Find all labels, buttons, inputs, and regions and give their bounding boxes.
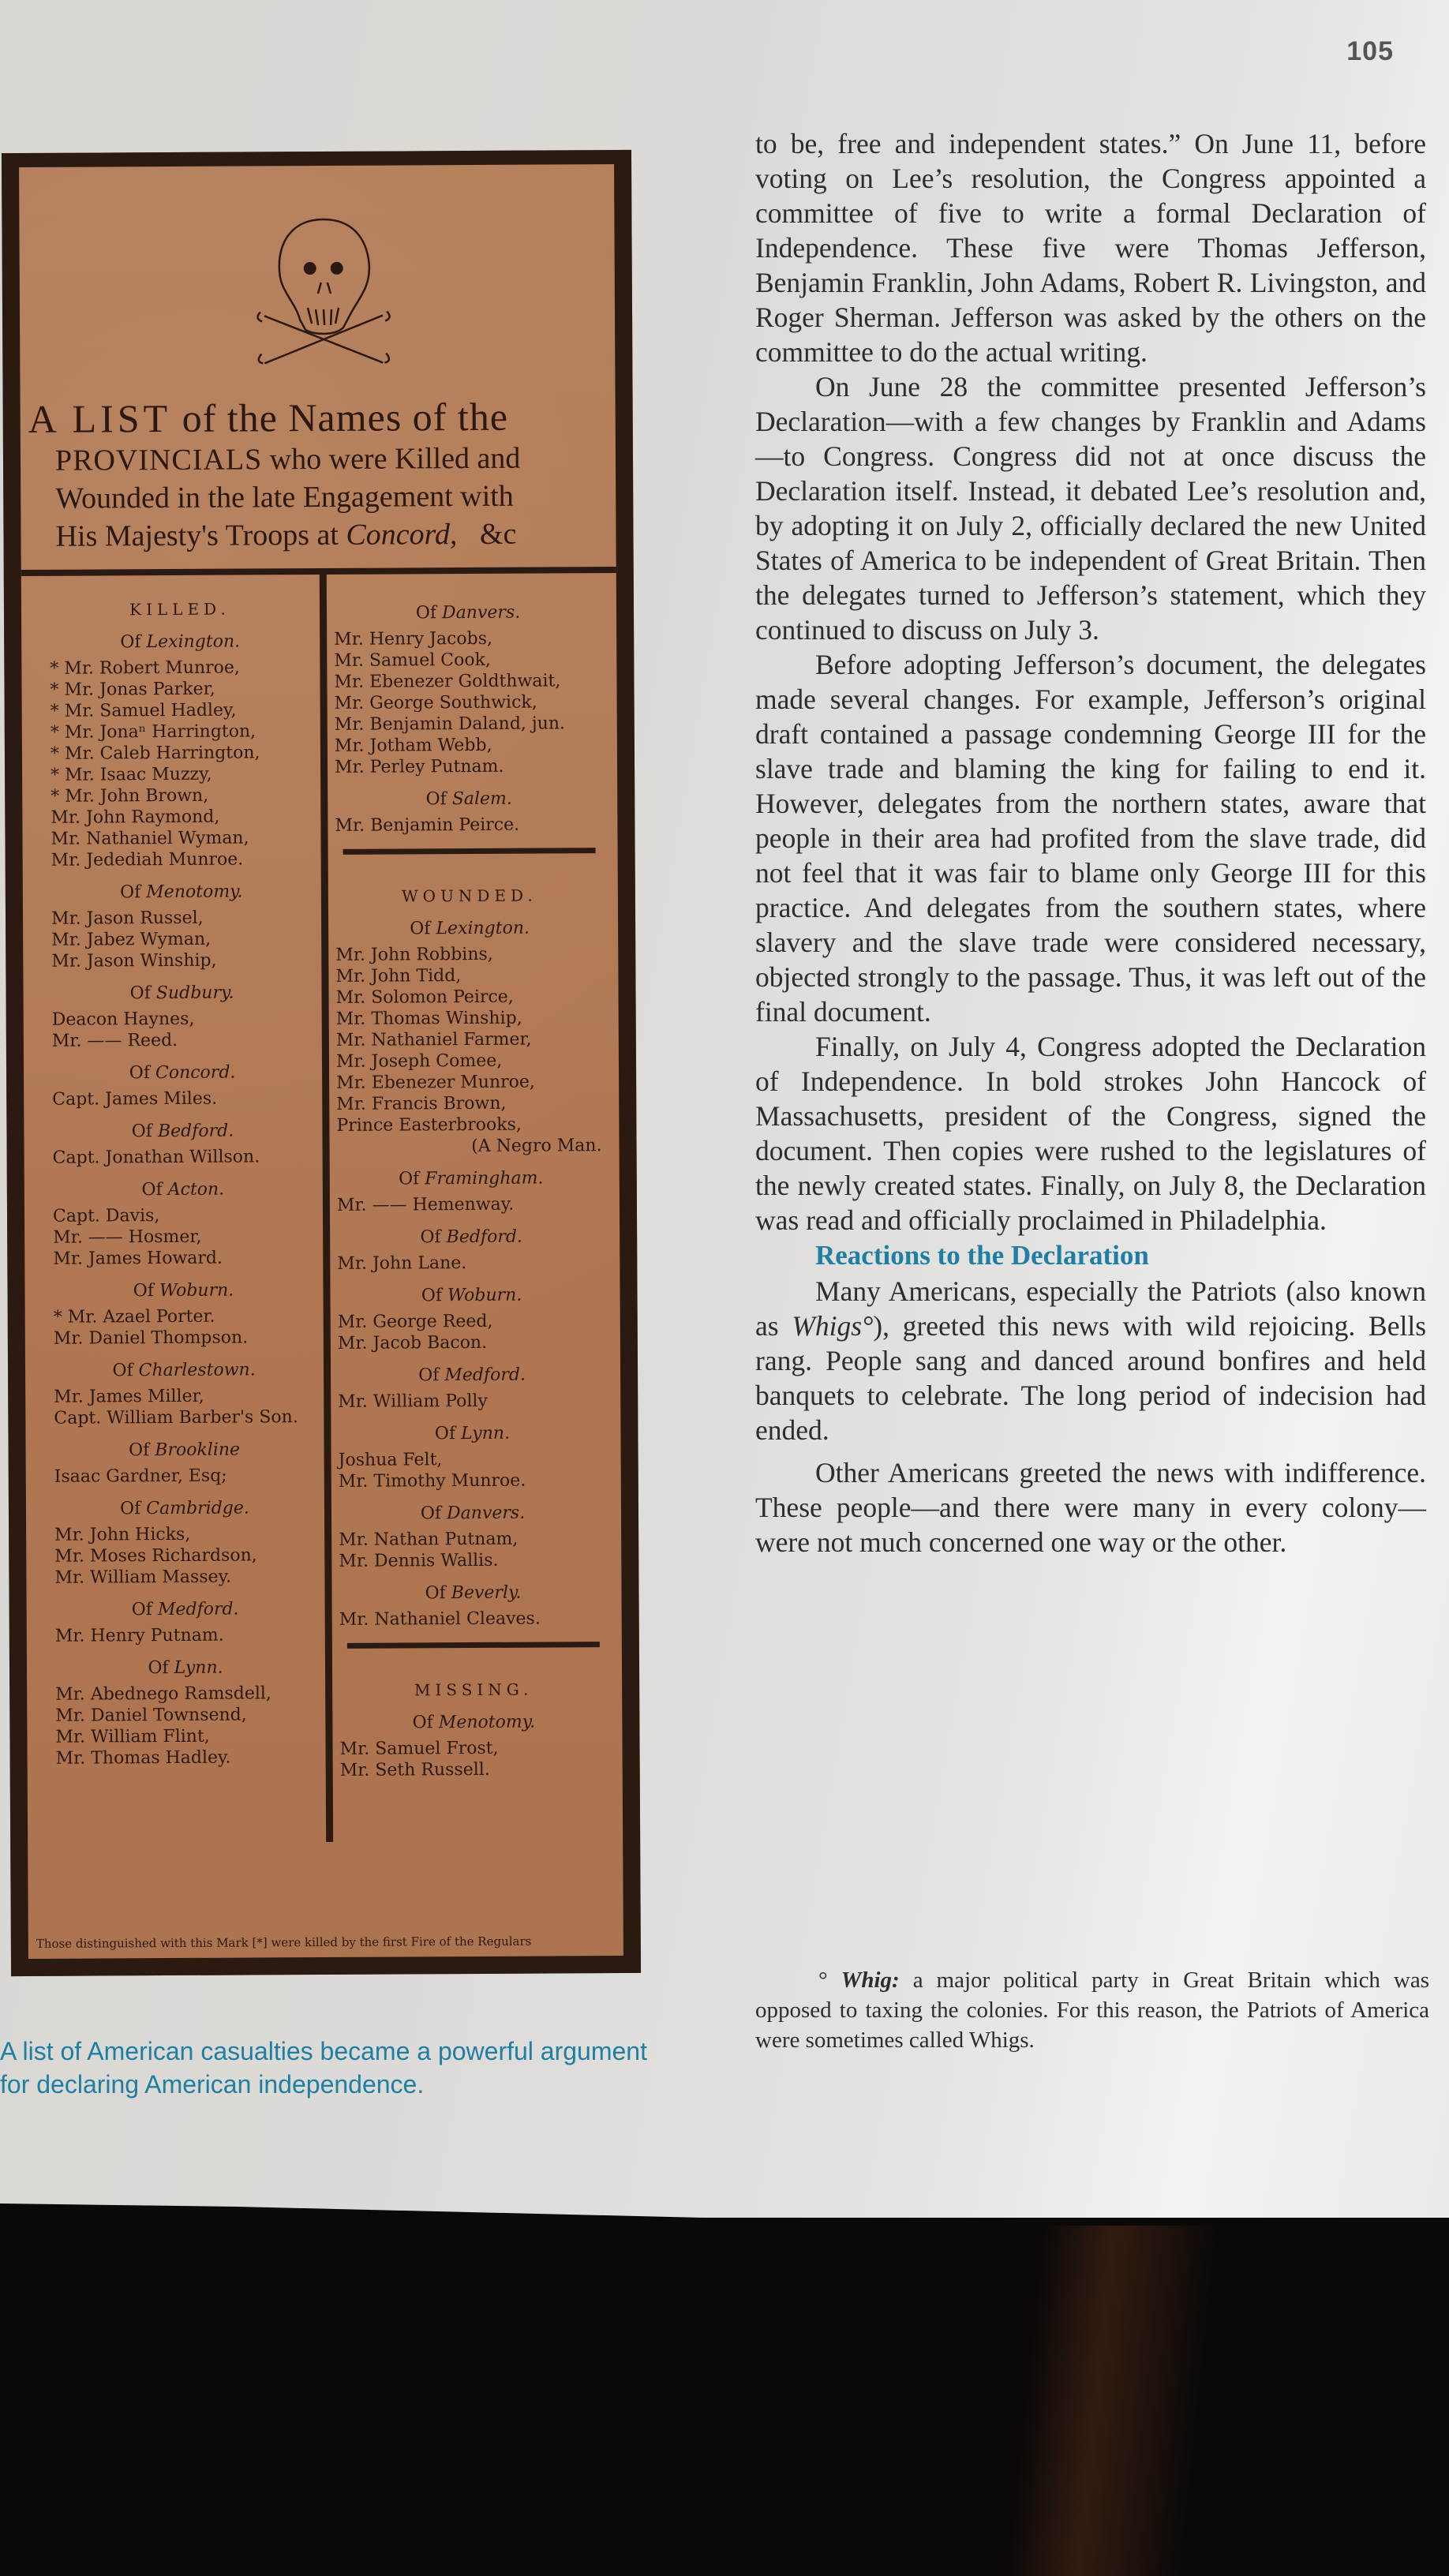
casualty-name: Joshua Felt, [339, 1448, 607, 1471]
casualty-name: Mr. John Robbins, [335, 943, 604, 966]
casualty-name: Mr. Joseph Comee, [336, 1050, 605, 1073]
town-heading: Of Woburn. [53, 1279, 313, 1302]
casualty-name: Mr. Henry Jacobs, [334, 627, 602, 650]
casualty-name: Capt. Jonathan Willson. [53, 1146, 313, 1169]
casualty-name: (A Negro Man. [336, 1135, 605, 1158]
figure-caption: A list of American casualties became a p… [0, 2035, 647, 2101]
casualty-name: Deacon Haynes, [52, 1008, 313, 1031]
casualty-name: Mr. Samuel Hadley, [51, 699, 311, 722]
casualty-name: Mr. Jacob Bacon. [338, 1331, 606, 1354]
casualty-name: Mr. Henry Putnam. [55, 1624, 316, 1647]
casualty-name: Mr. Benjamin Daland, jun. [335, 713, 603, 736]
casualty-name: Mr. John Tidd, [335, 964, 604, 987]
title-line3: Wounded in the late Engagement with [28, 477, 608, 518]
page-number: 105 [1346, 36, 1394, 67]
casualty-name: Mr. Ebenezer Goldthwait, [334, 670, 602, 693]
footnote-marker: ° [755, 1968, 828, 1993]
paragraph: Other Americans greeted the news with in… [755, 1455, 1426, 1559]
footnote: ° Whig: a major political party in Great… [755, 1965, 1429, 2055]
section-heading: WOUNDED. [335, 885, 604, 908]
background-shadow [1008, 2226, 1219, 2576]
town-heading: Of Brookline [54, 1439, 314, 1462]
title-a-list: A LIST [28, 396, 172, 441]
casualty-name: Mr. George Southwick, [335, 691, 603, 714]
casualty-name: Mr. Thomas Hadley. [56, 1747, 316, 1769]
casualty-name: Prince Easterbrooks, [336, 1114, 605, 1136]
casualty-name: Mr. John Lane. [337, 1252, 605, 1275]
paragraph: to be, free and independent states.” On … [755, 126, 1426, 369]
casualty-name: Mr. Solomon Peirce, [335, 986, 604, 1009]
town-heading: Of Bedford. [337, 1226, 605, 1249]
textbook-page: 105 A LIST of the Names of the PROVINCIA… [0, 0, 1449, 2218]
casualty-name: Mr. —— Hemenway. [337, 1193, 605, 1216]
town-heading: Of Medford. [55, 1598, 316, 1621]
casualty-name: Mr. Jonaⁿ Harrington, [51, 721, 311, 743]
town-heading: Of Sudbury. [51, 982, 312, 1005]
casualty-name: Mr. John Raymond, [51, 806, 311, 829]
town-heading: Of Danvers. [334, 601, 602, 624]
title-etc: &c [480, 518, 517, 551]
footnote-term: Whig: [841, 1968, 900, 1993]
casualty-name: Mr. Nathaniel Farmer, [336, 1028, 605, 1051]
town-heading: Of Woburn. [337, 1284, 605, 1307]
paragraph: Before adopting Jefferson’s document, th… [755, 647, 1426, 1029]
town-heading: Of Menotomy. [339, 1711, 608, 1734]
casualty-name: Mr. James Miller, [54, 1385, 314, 1408]
broadside-rule [21, 567, 616, 576]
title-line2: who were Killed and [270, 442, 521, 477]
casualty-name: Mr. Jabez Wyman, [51, 928, 312, 951]
paragraph: Finally, on July 4, Congress adopted the… [755, 1029, 1426, 1237]
casualty-name: Mr. Jason Russel, [51, 907, 312, 930]
town-heading: Of Lexington. [50, 631, 310, 653]
casualty-name: Mr. Samuel Frost, [339, 1737, 608, 1760]
town-heading: Of Framingham. [337, 1167, 605, 1190]
section-subheading: Reactions to the Declaration [755, 1237, 1426, 1274]
casualty-name: Mr. Samuel Cook, [334, 649, 602, 672]
skull-and-crossbones-icon [256, 213, 391, 372]
casualty-name: Mr. James Howard. [53, 1247, 313, 1270]
casualty-name: Mr. Nathaniel Cleaves. [339, 1608, 608, 1631]
casualty-name: Capt. Davis, [53, 1204, 313, 1227]
casualty-name: Mr. Timothy Munroe. [339, 1470, 607, 1492]
town-heading: Of Charlestown. [54, 1359, 314, 1382]
casualty-name: Mr. Ebenezer Munroe, [336, 1071, 605, 1094]
section-heading: KILLED. [50, 598, 310, 621]
casualty-name: Mr. Perley Putnam. [335, 755, 603, 778]
casualty-name: Capt. William Barber's Son. [54, 1406, 314, 1429]
casualty-name: Mr. Dennis Wallis. [339, 1549, 607, 1572]
title-provincials: PROVINCIALS [55, 443, 262, 477]
main-text-column: to be, free and independent states.” On … [755, 126, 1426, 1559]
glossary-term-whigs: Whigs° [792, 1310, 873, 1342]
casualty-name: Capt. James Miles. [52, 1088, 313, 1110]
casualty-name: Mr. Benjamin Peirce. [335, 814, 603, 837]
divider-rule [343, 848, 596, 855]
casualty-name: Mr. Seth Russell. [340, 1758, 608, 1781]
town-heading: Of Salem. [335, 788, 603, 811]
casualty-name: Mr. Jason Winship, [51, 949, 312, 972]
town-heading: Of Lexington. [335, 917, 604, 940]
wounded-missing-column: Of Danvers.Mr. Henry Jacobs,Mr. Samuel C… [334, 590, 608, 1781]
casualty-name: Mr. Caleb Harrington, [51, 742, 311, 765]
title-place: Concord, [346, 518, 457, 552]
town-heading: Of Acton. [53, 1178, 313, 1201]
casualty-name: Mr. Nathan Putnam, [339, 1528, 607, 1551]
casualty-name: Mr. John Brown, [51, 784, 311, 807]
casualty-name: Mr. Abednego Ramsdell, [55, 1683, 316, 1705]
paragraph: Many Americans, especially the Patriots … [755, 1274, 1426, 1447]
killed-column: KILLED.Of Lexington.Mr. Robert Munroe,Mr… [50, 592, 316, 1769]
town-heading: Of Danvers. [339, 1502, 607, 1525]
casualty-name: Mr. Daniel Townsend, [55, 1704, 316, 1727]
title-line1: of the Names of the [182, 395, 508, 440]
divider-rule [347, 1642, 600, 1649]
town-heading: Of Beverly. [339, 1582, 607, 1604]
casualty-name: Mr. William Massey. [54, 1566, 315, 1589]
casualty-name: Mr. —— Reed. [52, 1029, 313, 1052]
casualty-name: Mr. Robert Munroe, [50, 657, 310, 680]
casualty-name: Mr. Moses Richardson, [54, 1544, 315, 1567]
casualty-name: Mr. Thomas Winship, [336, 1007, 605, 1030]
casualty-name: Mr. William Polly [338, 1390, 606, 1413]
town-heading: Of Bedford. [52, 1120, 313, 1143]
town-heading: Of Lynn. [55, 1657, 316, 1679]
broadside-footer-note: Those distinguished with this Mark [*] w… [36, 1934, 616, 1951]
casualty-name: Mr. Jotham Webb, [335, 734, 603, 757]
section-heading: MISSING. [339, 1679, 608, 1702]
casualty-name: Mr. Francis Brown, [336, 1092, 605, 1115]
casualty-name: Mr. Azael Porter. [54, 1305, 314, 1328]
casualty-name: Mr. Isaac Muzzy, [51, 763, 311, 786]
paragraph: On June 28 the committee presented Jeffe… [755, 369, 1426, 647]
casualty-name: Mr. George Reed, [338, 1310, 606, 1333]
casualty-name: Mr. Jonas Parker, [50, 678, 310, 701]
casualty-list-broadside: A LIST of the Names of the PROVINCIALS w… [2, 150, 641, 1976]
column-divider [320, 571, 333, 1842]
town-heading: Of Medford. [338, 1364, 606, 1387]
casualty-name: Mr. Daniel Thompson. [54, 1327, 314, 1350]
casualty-name: Mr. John Hicks, [54, 1523, 315, 1546]
town-heading: Of Lynn. [338, 1422, 606, 1445]
casualty-name: Isaac Gardner, Esq; [54, 1465, 315, 1488]
title-line4: His Majesty's Troops at [55, 519, 339, 553]
casualty-name: Mr. Nathaniel Wyman, [51, 827, 311, 850]
town-heading: Of Cambridge. [54, 1497, 315, 1520]
town-heading: Of Concord. [52, 1061, 313, 1084]
casualty-name: Mr. Jedediah Munroe. [51, 848, 312, 871]
broadside-title: A LIST of the Names of the PROVINCIALS w… [28, 393, 608, 556]
casualty-name: Mr. —— Hosmer, [53, 1226, 313, 1249]
town-heading: Of Menotomy. [51, 881, 312, 904]
casualty-name: Mr. William Flint, [55, 1725, 316, 1748]
